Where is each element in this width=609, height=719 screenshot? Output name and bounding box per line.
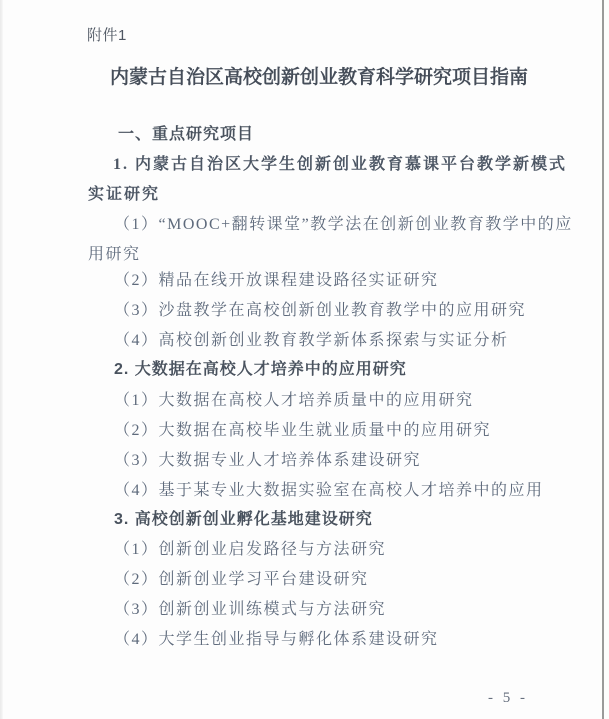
page-number: - 5 - bbox=[488, 690, 528, 707]
topic3-item4: （4）大学生创业指导与孵化体系建设研究 bbox=[114, 626, 439, 649]
topic2-heading: 2. 大数据在高校人才培养中的应用研究 bbox=[114, 356, 407, 379]
document-page: 附件1 内蒙古自治区高校创新创业教育科学研究项目指南 一、重点研究项目 1. 内… bbox=[0, 0, 609, 719]
topic1-heading-line2: 实证研究 bbox=[88, 181, 160, 204]
scan-right-edge bbox=[602, 0, 604, 719]
topic2-item2: （2）大数据在高校毕业生就业质量中的应用研究 bbox=[114, 417, 491, 440]
topic3-item2: （2）创新创业学习平台建设研究 bbox=[114, 566, 369, 589]
topic1-heading-line1: 1. 内蒙古自治区大学生创新创业教育慕课平台教学新模式 bbox=[113, 151, 567, 174]
topic1-item3: （3）沙盘教学在高校创新创业教育教学中的应用研究 bbox=[114, 297, 526, 320]
topic3-item1: （1）创新创业启发路径与方法研究 bbox=[114, 536, 386, 559]
topic1-item2: （2）精品在线开放课程建设路径实证研究 bbox=[114, 267, 439, 290]
topic1-item4: （4）高校创新创业教育教学新体系探索与实证分析 bbox=[114, 327, 509, 350]
topic2-item4: （4）基于某专业大数据实验室在高校人才培养中的应用 bbox=[114, 477, 544, 500]
topic3-heading: 3. 高校创新创业孵化基地建设研究 bbox=[114, 506, 373, 529]
topic3-item3: （3）创新创业训练模式与方法研究 bbox=[114, 596, 386, 619]
document-title: 内蒙古自治区高校创新创业教育科学研究项目指南 bbox=[110, 62, 528, 89]
topic1-item1-line1: （1）“MOOC+翻转课堂”教学法在创新创业教育教学中的应 bbox=[114, 211, 573, 234]
topic2-item1: （1）大数据在高校人才培养质量中的应用研究 bbox=[114, 387, 474, 410]
scan-left-edge bbox=[0, 0, 3, 719]
topic1-item1-line2: 用研究 bbox=[88, 241, 141, 264]
topic2-item3: （3）大数据专业人才培养体系建设研究 bbox=[114, 447, 421, 470]
attachment-label: 附件1 bbox=[87, 24, 127, 45]
section-heading-key-projects: 一、重点研究项目 bbox=[118, 121, 254, 144]
